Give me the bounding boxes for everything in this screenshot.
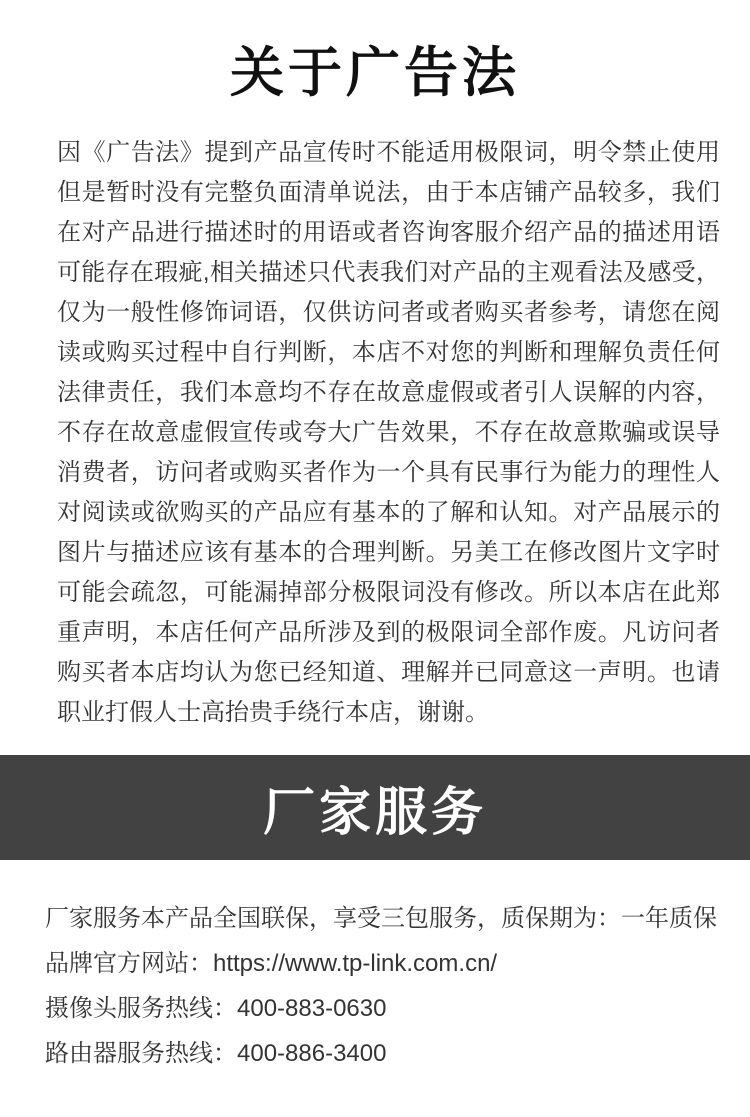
page-title: 关于广告法 (0, 40, 750, 106)
legal-text-line: 法律责任，我们本意均不存在故意虚假或者引人误解的内容， (57, 373, 720, 413)
banner-title: 厂家服务 (263, 770, 487, 845)
advertising-law-notice-page: 关于广告法 因《广告法》提到产品宣传时不能适用极限词，明令禁止使用但是暂时没有完… (0, 0, 750, 1117)
legal-text-line: 但是暂时没有完整负面清单说法，由于本店铺产品较多，我们 (57, 173, 720, 213)
legal-text-line: 不存在故意虚假宣传或夸大广告效果，不存在故意欺骗或误导 (57, 413, 720, 453)
legal-text-line: 职业打假人士高抬贵手绕行本店，谢谢。 (57, 693, 720, 733)
service-info-line: 路由器服务热线：400-886-3400 (45, 1031, 720, 1076)
legal-text-line: 可能会疏忽，可能漏掉部分极限词没有修改。所以本店在此郑 (57, 573, 720, 613)
service-info-line: 品牌官方网站：https://www.tp-link.com.cn/ (45, 941, 720, 986)
legal-text-line: 可能存在瑕疵,相关描述只代表我们对产品的主观看法及感受， (57, 253, 720, 293)
legal-text-line: 购买者本店均认为您已经知道、理解并已同意这一声明。也请 (57, 653, 720, 693)
legal-text-line: 在对产品进行描述时的用语或者咨询客服介绍产品的描述用语 (57, 213, 720, 253)
manufacturer-service-banner: 厂家服务 (0, 755, 750, 860)
legal-text-line: 对阅读或欲购买的产品应有基本的了解和认知。对产品展示的 (57, 493, 720, 533)
legal-text-line: 图片与描述应该有基本的合理判断。另美工在修改图片文字时 (57, 533, 720, 573)
legal-disclaimer: 因《广告法》提到产品宣传时不能适用极限词，明令禁止使用但是暂时没有完整负面清单说… (57, 133, 720, 733)
service-info: 厂家服务本产品全国联保，享受三包服务，质保期为：一年质保品牌官方网站：https… (45, 896, 720, 1076)
service-info-line: 厂家服务本产品全国联保，享受三包服务，质保期为：一年质保 (45, 896, 720, 941)
legal-text-line: 消费者，访问者或购买者作为一个具有民事行为能力的理性人 (57, 453, 720, 493)
legal-text-line: 因《广告法》提到产品宣传时不能适用极限词，明令禁止使用 (57, 133, 720, 173)
legal-text-line: 仅为一般性修饰词语，仅供访问者或者购买者参考，请您在阅 (57, 293, 720, 333)
legal-text-line: 读或购买过程中自行判断，本店不对您的判断和理解负责任何 (57, 333, 720, 373)
service-info-line: 摄像头服务热线：400-883-0630 (45, 986, 720, 1031)
legal-text-line: 重声明，本店任何产品所涉及到的极限词全部作废。凡访问者 (57, 613, 720, 653)
